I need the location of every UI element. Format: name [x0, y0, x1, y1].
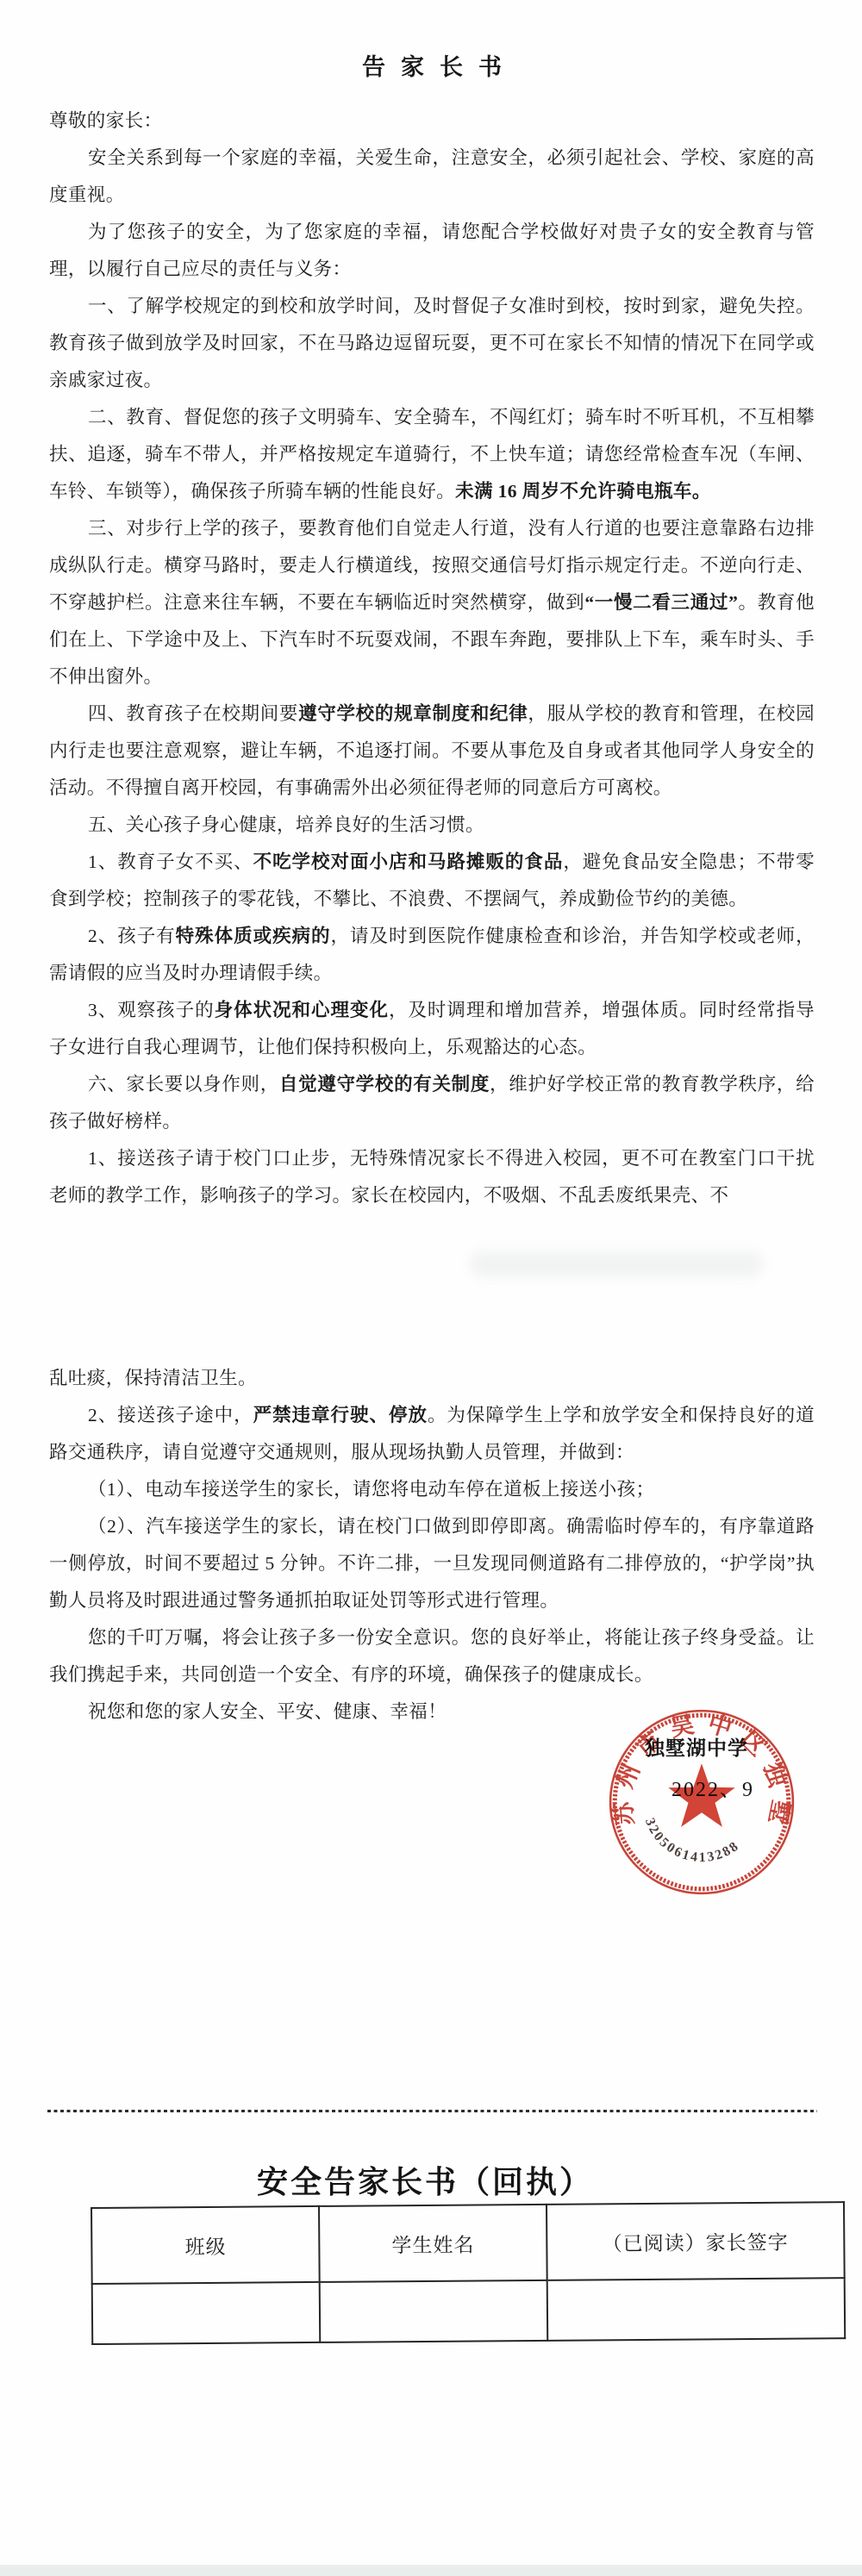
- cut-line-separator: [47, 2110, 817, 2112]
- paragraph: （2）、汽车接送学生的家长，请在校门口做到即停即离。确需临时停车的，有序靠道路一…: [49, 1508, 815, 1619]
- paragraph: 四、教育孩子在校期间要遵守学校的规章制度和纪律，服从学校的教育和管理，在校园内行…: [49, 695, 815, 807]
- text: （2）、汽车接送学生的家长，请在校门口做到即停即离。确需临时停车的，有序靠道路一…: [49, 1516, 815, 1611]
- text: 1、教育子女不买、: [88, 851, 253, 872]
- seal-code-text: 3205061413288: [642, 1816, 743, 1865]
- table-cell-student-name: [320, 2280, 547, 2342]
- paragraph: 尊敬的家长：: [49, 103, 815, 140]
- text: 尊敬的家长：: [49, 110, 162, 131]
- paragraph: 1、教育子女不买、不吃学校对面小店和马路摊贩的食品，避免食品安全隐患；不带零食到…: [49, 844, 815, 918]
- bold-text: 自觉遵守学校的有关制度: [279, 1074, 490, 1095]
- paragraph: 2、接送孩子途中，严禁违章行驶、停放。为保障学生上学和放学安全和保持良好的道路交…: [49, 1397, 815, 1471]
- document-body-part-1: 告家长书 尊敬的家长：安全关系到每一个家庭的幸福，关爱生命，注意安全，必须引起社…: [49, 48, 815, 1214]
- text: 一、了解学校规定的到校和放学时间，及时督促子女准时到校，按时到家，避免失控。教育…: [49, 296, 815, 390]
- text: 四、教育孩子在校期间要: [88, 703, 298, 724]
- text: 为了您孩子的安全，为了您家庭的幸福，请您配合学校做好对贵子女的安全教育与管理，以…: [49, 221, 815, 279]
- bold-text: 未满 16 周岁不允许骑电瓶车。: [455, 481, 711, 502]
- bold-text: 特殊体质或疾病的: [176, 926, 331, 946]
- text: 2、接送孩子途中，: [88, 1405, 253, 1425]
- scan-bleedthrough-artifact: [470, 1251, 763, 1277]
- text: 安全关系到每一个家庭的幸福，关爱生命，注意安全，必须引起社会、学校、家庭的高度重…: [49, 147, 815, 205]
- paragraph: 二、教育、督促您的孩子文明骑车、安全骑车，不闯红灯；骑车时不听耳机，不互相攀扶、…: [49, 399, 815, 510]
- paragraph: 乱吐痰，保持清洁卫生。: [49, 1360, 815, 1397]
- paragraphs-part-1: 尊敬的家长：安全关系到每一个家庭的幸福，关爱生命，注意安全，必须引起社会、学校、…: [49, 103, 815, 1214]
- table-header-cell: （已阅读）家长签字: [547, 2202, 845, 2280]
- text: 乱吐痰，保持清洁卫生。: [49, 1368, 257, 1388]
- bold-text: 严禁违章行驶、停放: [253, 1405, 428, 1425]
- text: 您的千叮万嘱，将会让孩子多一份安全意识。您的良好举止，将能让孩子终身受益。让我们…: [49, 1627, 815, 1685]
- table-header-cell: 班级: [91, 2206, 320, 2284]
- text: 2、孩子有: [88, 926, 176, 946]
- scanned-letter-page: 告家长书 尊敬的家长：安全关系到每一个家庭的幸福，关爱生命，注意安全，必须引起社…: [0, 0, 862, 2576]
- text: 3、观察孩子的: [88, 1000, 215, 1020]
- reply-slip-table: 班级学生姓名（已阅读）家长签字: [91, 2201, 846, 2345]
- official-seal-stamp-icon: 苏州市吴中区独墅湖中学 3205061413288: [605, 1706, 798, 1899]
- bold-text: 身体状况和心理变化: [215, 1000, 389, 1020]
- text: 六、家长要以身作则，: [88, 1074, 279, 1095]
- paragraph: 三、对步行上学的孩子，要教育他们自觉走人行道，没有人行道的也要注意靠路右边排成纵…: [49, 510, 815, 695]
- bold-text: “一慢二看三通过”: [584, 592, 738, 613]
- text: （1）、电动车接送学生的家长，请您将电动车停在道板上接送小孩；: [88, 1479, 654, 1500]
- bold-text: 不吃学校对面小店和马路摊贩的食品: [253, 851, 564, 872]
- paragraph: 2、孩子有特殊体质或疾病的，请及时到医院作健康检查和诊治，并告知学校或老师，需请…: [49, 918, 815, 992]
- paragraph: 1、接送孩子请于校门口止步，无特殊情况家长不得进入校园，更不可在教室门口干扰老师…: [49, 1140, 815, 1214]
- paragraph: 五、关心孩子身心健康，培养良好的生活习惯。: [49, 807, 815, 844]
- paragraph: 为了您孩子的安全，为了您家庭的幸福，请您配合学校做好对贵子女的安全教育与管理，以…: [49, 214, 815, 288]
- table-cell-parent-signature: [547, 2278, 845, 2341]
- paragraphs-part-2: 乱吐痰，保持清洁卫生。2、接送孩子途中，严禁违章行驶、停放。为保障学生上学和放学…: [49, 1360, 815, 1731]
- text: 五、关心孩子身心健康，培养良好的生活习惯。: [88, 814, 484, 835]
- table-empty-row: [92, 2278, 846, 2344]
- document-body-part-2: 乱吐痰，保持清洁卫生。2、接送孩子途中，严禁违章行驶、停放。为保障学生上学和放学…: [49, 1360, 815, 1731]
- seal-star-icon: [668, 1763, 734, 1827]
- page-title: 告家长书: [49, 48, 815, 82]
- paragraph: 您的千叮万嘱，将会让孩子多一份安全意识。您的良好举止，将能让孩子终身受益。让我们…: [49, 1619, 815, 1693]
- table-cell-class: [92, 2282, 321, 2344]
- text: 祝您和您的家人安全、平安、健康、幸福！: [88, 1701, 447, 1722]
- text: 1、接送孩子请于校门口止步，无特殊情况家长不得进入校园，更不可在教室门口干扰老师…: [49, 1148, 815, 1206]
- bold-text: 遵守学校的规章制度和纪律: [298, 703, 528, 724]
- scan-edge-artifact: [0, 2565, 862, 2576]
- paragraph: 安全关系到每一个家庭的幸福，关爱生命，注意安全，必须引起社会、学校、家庭的高度重…: [49, 140, 815, 214]
- table-header-cell: 学生姓名: [319, 2205, 547, 2282]
- paragraph: 六、家长要以身作则，自觉遵守学校的有关制度，维护好学校正常的教育教学秩序，给孩子…: [49, 1066, 815, 1140]
- paragraph: 一、了解学校规定的到校和放学时间，及时督促子女准时到校，按时到家，避免失控。教育…: [49, 288, 815, 399]
- reply-slip-title: 安全告家长书（回执）: [0, 2158, 850, 2202]
- paragraph: （1）、电动车接送学生的家长，请您将电动车停在道板上接送小孩；: [49, 1471, 815, 1508]
- paragraph: 3、观察孩子的身体状况和心理变化，及时调理和增加营养，增强体质。同时经常指导子女…: [49, 992, 815, 1066]
- table-header-row: 班级学生姓名（已阅读）家长签字: [91, 2202, 845, 2284]
